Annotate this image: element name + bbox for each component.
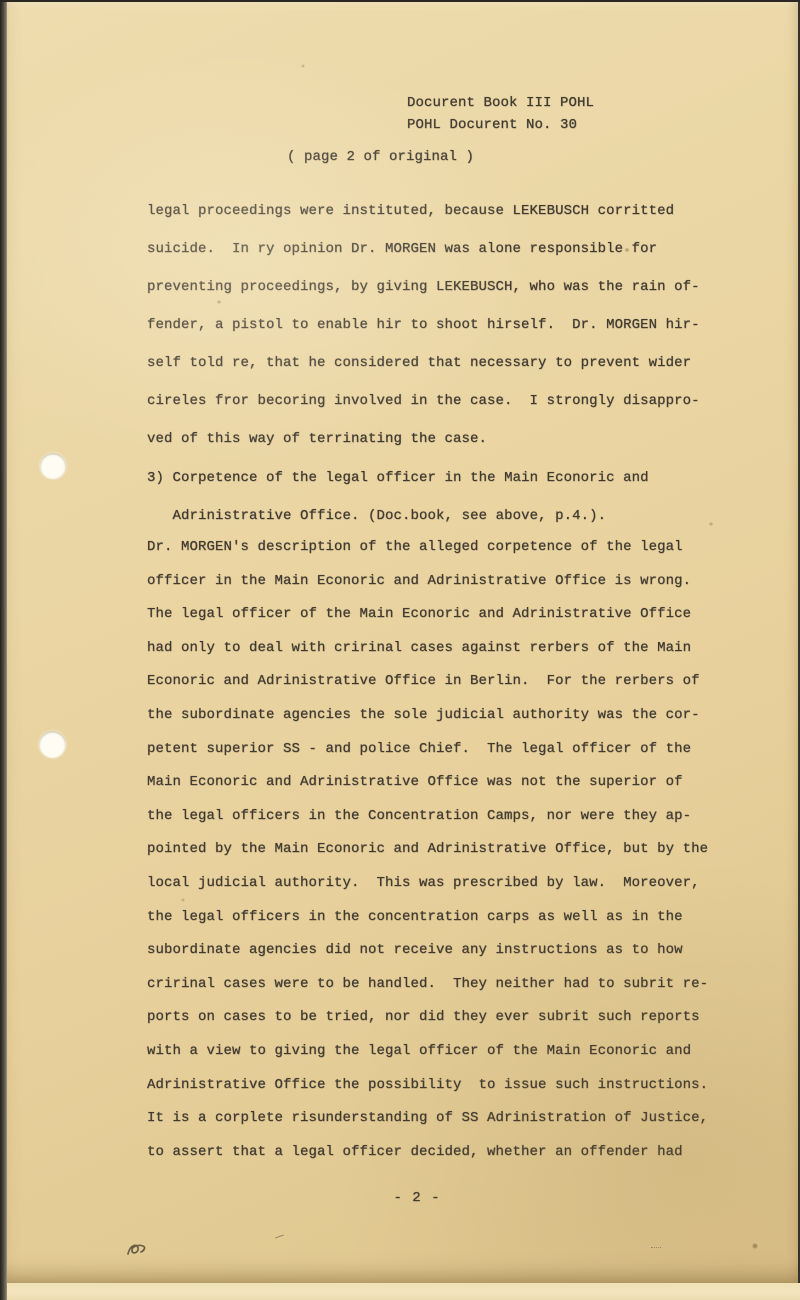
text-line: preventing proceedings, by giving LEKEBU… bbox=[147, 268, 700, 306]
paragraph-2: Dr. MORGEN's description of the alleged … bbox=[147, 531, 708, 1169]
text-line: It is a corplete risunderstanding of SS … bbox=[147, 1102, 708, 1136]
section-doc-reference: (Doc.book, see above, p.4.). bbox=[360, 508, 607, 524]
text-line: Adrinistrative Office the possibility to… bbox=[147, 1069, 708, 1103]
header-number-line: POHL Docurent No. 30 bbox=[407, 114, 594, 136]
section-title-underlined-2: Adrinistrative Office. bbox=[173, 508, 360, 524]
punch-hole-top bbox=[40, 453, 66, 479]
section-heading-line-2: Adrinistrative Office. (Doc.book, see ab… bbox=[147, 497, 649, 535]
scan-edge-left bbox=[0, 0, 7, 1300]
text-line: with a view to giving the legal officer … bbox=[147, 1035, 708, 1069]
text-line: ved of this way of terrinating the case. bbox=[147, 420, 700, 458]
text-line: officer in the Main Econoric and Adrinis… bbox=[147, 565, 708, 599]
section-heading-line-1: 3) Corpetence of the legal officer in th… bbox=[147, 459, 649, 497]
section-number: 3) bbox=[147, 470, 173, 486]
text-line: cireles fror becoring involved in the ca… bbox=[147, 382, 700, 420]
header-book-line: Docurent Book III POHL bbox=[407, 92, 594, 114]
text-line: Econoric and Adrinistrative Office in Be… bbox=[147, 665, 708, 699]
page-number: - 2 - bbox=[147, 1190, 687, 1206]
scanned-page: Docurent Book III POHL POHL Docurent No.… bbox=[7, 2, 798, 1283]
text-line: the subordinate agencies the sole judici… bbox=[147, 699, 708, 733]
heading-indent bbox=[147, 508, 173, 524]
text-line: to assert that a legal officer decided, … bbox=[147, 1136, 708, 1170]
text-line: the legal officers in the Concentration … bbox=[147, 800, 708, 834]
text-line: Dr. MORGEN's description of the alleged … bbox=[147, 531, 708, 565]
text-line: self told re, that he considered that ne… bbox=[147, 344, 700, 382]
section-title-underlined: Corpetence of the legal officer in the M… bbox=[173, 470, 649, 486]
punch-hole-bottom bbox=[39, 731, 66, 758]
scan-bottom-strip bbox=[7, 1283, 800, 1300]
text-line: Main Econoric and Adrinistrative Office … bbox=[147, 766, 708, 800]
text-line: The legal officer of the Main Econoric a… bbox=[147, 598, 708, 632]
text-line: local judicial authority. This was presc… bbox=[147, 867, 708, 901]
text-line: suicide. In ry opinion Dr. MORGEN was al… bbox=[147, 230, 700, 268]
document-header: Docurent Book III POHL POHL Docurent No.… bbox=[407, 92, 594, 136]
paragraph-1: legal proceedings were instituted, becau… bbox=[147, 192, 700, 458]
page-note: ( page 2 of original ) bbox=[287, 146, 474, 168]
text-line: had only to deal with cririnal cases aga… bbox=[147, 632, 708, 666]
text-line: ports on cases to be tried, nor did they… bbox=[147, 1001, 708, 1035]
handwritten-scribble bbox=[125, 1240, 159, 1262]
text-line: subordinate agencies did not receive any… bbox=[147, 934, 708, 968]
faint-pencil-dots bbox=[651, 1244, 661, 1248]
text-line: cririnal cases were to be handled. They … bbox=[147, 968, 708, 1002]
faint-pencil-dash bbox=[275, 1235, 284, 1240]
text-line: fender, a pistol to enable hir to shoot … bbox=[147, 306, 700, 344]
text-line: pointed by the Main Econoric and Adrinis… bbox=[147, 833, 708, 867]
text-line: the legal officers in the concentration … bbox=[147, 901, 708, 935]
section-heading: 3) Corpetence of the legal officer in th… bbox=[147, 459, 649, 535]
text-line: legal proceedings were instituted, becau… bbox=[147, 192, 700, 230]
text-line: petent superior SS - and police Chief. T… bbox=[147, 733, 708, 767]
